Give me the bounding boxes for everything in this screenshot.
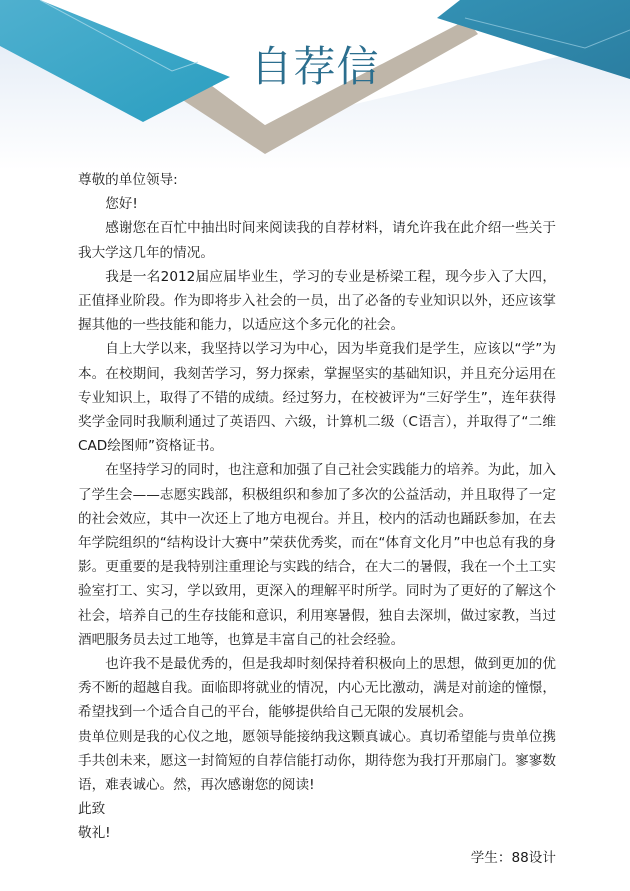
paragraph: 也许我不是最优秀的，但是我却时刻保持着积极向上的思想，做到更加的优秀不断的超越自… xyxy=(78,652,556,725)
salutation: 尊敬的单位领导: xyxy=(78,168,556,192)
paragraph: 我是一名2012届应届毕业生，学习的专业是桥梁工程，现今步入了大四，正值择业阶段… xyxy=(78,265,556,338)
closing-line: 敬礼! xyxy=(78,821,556,845)
closing-paragraph: 贵单位则是我的心仪之地，愿领导能接纳我这颗真诚心。真切希望能与贵单位携手共创未来… xyxy=(78,725,556,798)
greeting: 您好! xyxy=(78,192,556,216)
page-title: 自荐信 xyxy=(0,34,630,94)
letter-body: 尊敬的单位领导: 您好! 感谢您在百忙中抽出时间来阅读我的自荐材料，请允许我在此… xyxy=(78,168,556,870)
paragraph: 在坚持学习的同时，也注意和加强了自己社会实践能力的培养。为此，加入了学生会——志… xyxy=(78,458,556,652)
header-decoration: 自荐信 xyxy=(0,0,630,170)
paragraph: 自上大学以来，我坚持以学习为中心，因为毕竟我们是学生，应该以“学”为本。在校期间… xyxy=(78,337,556,458)
signature: 学生：88设计 xyxy=(78,846,556,870)
paragraph: 感谢您在百忙中抽出时间来阅读我的自荐材料，请允许我在此介绍一些关于我大学这几年的… xyxy=(78,216,556,264)
closing-line: 此致 xyxy=(78,797,556,821)
